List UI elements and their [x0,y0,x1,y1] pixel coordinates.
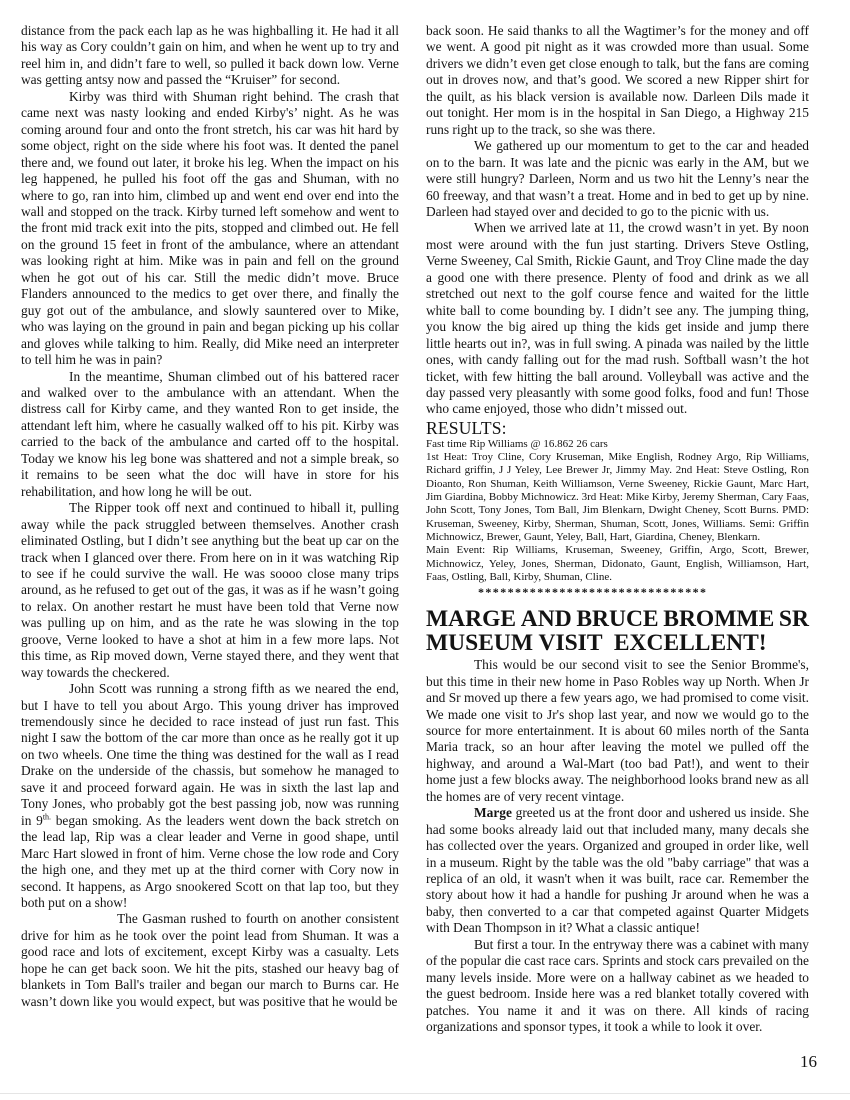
title-word: MARGE [426,607,516,631]
article-title-line-1: MARGE AND BRUCE BROMME SR [426,607,809,631]
paragraph: John Scott was running a strong fifth as… [21,681,399,911]
paragraph: back soon. He said thanks to all the Wag… [426,23,809,138]
race-results: Fast time Rip Williams @ 16.862 26 cars … [426,438,809,584]
title-word: BRUCE [576,607,658,631]
paragraph: In the meantime, Shuman climbed out of h… [21,369,399,501]
paragraph-text: John Scott was running a strong fifth as… [21,681,399,828]
results-heading: RESULTS: [426,419,809,437]
left-column: distance from the pack each lap as he wa… [21,23,399,1010]
title-word: SR [779,607,809,631]
newsletter-page: distance from the pack each lap as he wa… [0,0,850,1100]
main-event-results: Main Event: Rip Williams, Kruseman, Swee… [426,544,809,584]
title-word: BROMME [663,607,774,631]
paragraph: The Gasman rushed to fourth on another c… [21,911,399,1010]
article-title-line-2: MUSEUM VISIT EXCELLENT! [426,631,809,655]
fast-time: Fast time Rip Williams @ 16.862 26 cars [426,438,809,451]
page-number: 16 [800,1052,817,1072]
paragraph-text: began smoking. As the leaders went down … [21,813,399,910]
paragraph: The Ripper took off next and continued t… [21,500,399,681]
star-divider: ******************************* [426,585,809,599]
paragraph-text: greeted us at the front door and ushered… [426,805,809,935]
paragraph: Marge greeted us at the front door and u… [426,805,809,937]
bold-name: Marge [474,805,512,820]
scan-edge-line [0,1093,850,1094]
ordinal-superscript: th. [43,812,51,821]
title-word: AND [521,607,572,631]
paragraph: But first a tour. In the entryway there … [426,937,809,1036]
paragraph: We gathered up our momentum to get to th… [426,138,809,220]
paragraph: distance from the pack each lap as he wa… [21,23,399,89]
heat-results: 1st Heat: Troy Cline, Cory Kruseman, Mik… [426,451,809,544]
paragraph: Kirby was third with Shuman right behind… [21,89,399,369]
paragraph: This would be our second visit to see th… [426,657,809,805]
right-column: back soon. He said thanks to all the Wag… [426,23,809,1036]
paragraph: When we arrived late at 11, the crowd wa… [426,220,809,417]
article-title: MARGE AND BRUCE BROMME SR MUSEUM VISIT E… [426,607,809,655]
